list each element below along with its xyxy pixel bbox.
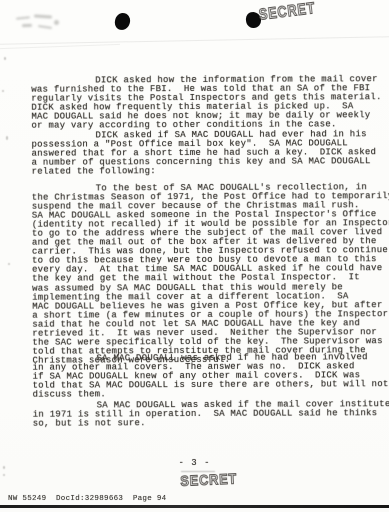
document-body: DICK asked how the information from the …: [0, 0, 389, 512]
archive-footer-reference: NW 55249 DocId:32989663 Page 94: [8, 495, 166, 503]
scan-speck: [2, 90, 4, 92]
scan-edge: [0, 505, 389, 508]
scan-speck: [3, 474, 5, 476]
secret-stamp-bottom: SECRET: [180, 471, 238, 490]
scan-speck: [8, 263, 10, 265]
paragraph-mail-box-key: DICK asked if SA MAC DOUGALL had ever ha…: [31, 130, 385, 177]
scan-speck: [3, 466, 5, 469]
paragraph-other-mail-covers: SA MAC DOUGALL was asked if he had been …: [32, 353, 386, 400]
paragraph-still-in-operation: SA MAC DOUGALL was asked if the mail cov…: [33, 400, 387, 429]
paragraph-mail-cover-info: DICK asked how the information from the …: [31, 75, 385, 131]
scan-speck: [6, 136, 8, 140]
paragraph-key-recollection: To the best of SA MAC DOUGALL's recollec…: [32, 183, 387, 365]
scan-speck: [4, 57, 6, 60]
page-number: - 3 -: [0, 458, 389, 468]
document-page: SECRET DICK asked how the information fr…: [0, 0, 389, 512]
